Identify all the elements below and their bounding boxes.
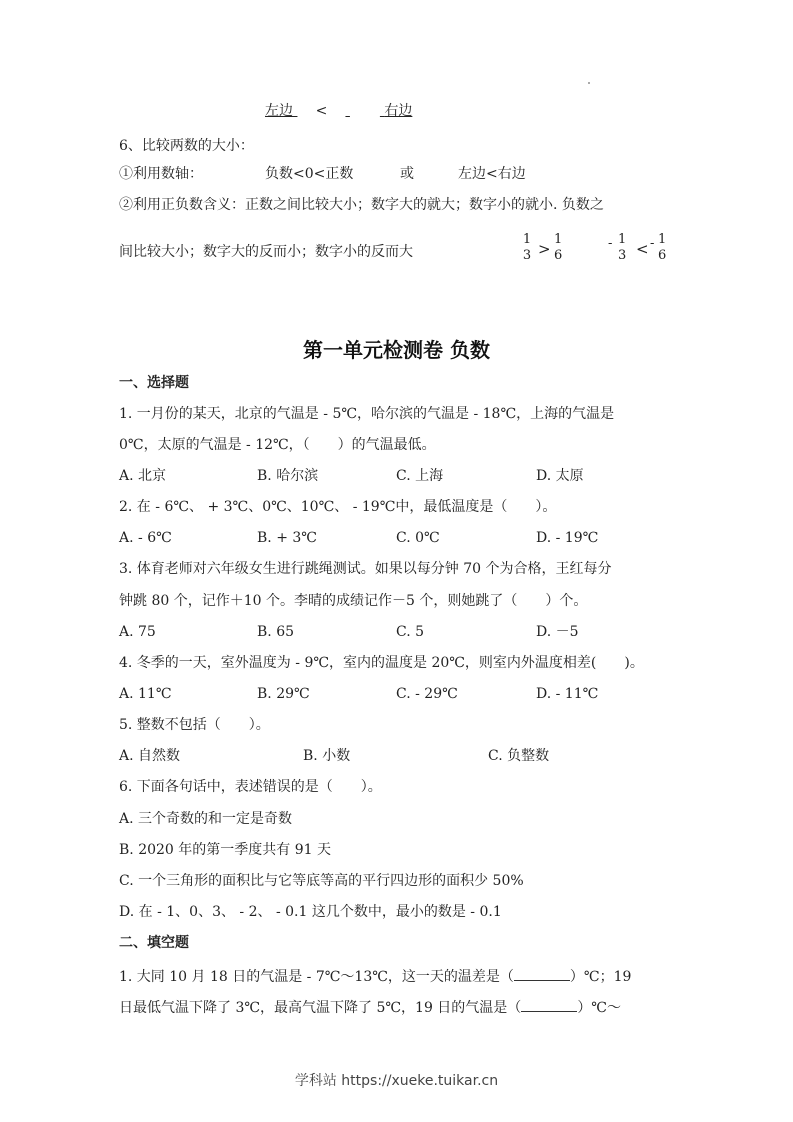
fill-q1-text-c: 日最低气温下降了 3℃，最高气温下降了 5℃，19 日的气温是（ [119,1000,521,1016]
q1-line1: 1. 一月份的某天，北京的气温是 - 5℃，哈尔滨的气温是 - 18℃，上海的气… [119,405,614,423]
numerator: 1 [523,232,531,248]
fill-q1-text-d: ）℃～ [577,1000,621,1016]
q4-option-d[interactable]: D. - 11℃ [536,685,598,703]
q3-option-b[interactable]: B. 65 [257,623,294,641]
numerator: 1 [554,232,562,248]
fraction-neg-one-sixth: 1 6 [658,232,666,264]
compare-line: 左边 < 右边 [265,102,412,120]
q3-option-a[interactable]: A. 75 [119,623,156,641]
less-than-symbol: < [636,240,649,258]
q5-line1: 5. 整数不包括（ ）。 [119,716,270,734]
scan-artifact [588,82,590,84]
fill-q1-text-a: 1. 大同 10 月 18 日的气温是 - 7℃～13℃，这一天的温差是（ [119,969,514,985]
q3-option-c[interactable]: C. 5 [396,623,424,641]
numerator: 1 [618,232,626,248]
fill-q1-line1: 1. 大同 10 月 18 日的气温是 - 7℃～13℃，这一天的温差是（）℃；… [119,966,631,986]
q4-option-a[interactable]: A. 11℃ [119,685,172,703]
denominator: 3 [618,248,626,264]
q6-option-c[interactable]: C. 一个三角形的面积比与它等底等高的平行四边形的面积少 50% [119,872,524,890]
q1-option-b[interactable]: B. 哈尔滨 [257,467,318,485]
numerator: 1 [658,232,666,248]
q3-line1: 3. 体育老师对六年级女生进行跳绳测试。如果以每分钟 70 个为合格，王红每分 [119,560,612,578]
fill-q1-line2: 日最低气温下降了 3℃，最高气温下降了 5℃，19 日的气温是（）℃～ [119,997,621,1017]
q1-option-a[interactable]: A. 北京 [119,467,166,485]
left-label: 左边 [265,103,293,119]
method1-or: 或 [400,165,414,183]
answer-blank-2[interactable] [521,997,577,1012]
q2-line1: 2. 在 - 6℃、 + 3℃、0℃、10℃、 - 19℃中，最低温度是（ ）。 [119,498,556,516]
q6-option-b[interactable]: B. 2020 年的第一季度共有 91 天 [119,841,331,859]
method2-line1: ②利用正负数含义：正数之间比较大小；数字大的就大；数字小的就小. 负数之 [119,196,604,214]
q2-option-b[interactable]: B. + 3℃ [257,529,317,547]
denominator: 6 [658,248,666,264]
right-label: 右边 [384,103,412,119]
q2-option-a[interactable]: A. - 6℃ [119,529,172,547]
q4-option-b[interactable]: B. 29℃ [257,685,310,703]
page-title: 第一单元检测卷 负数 [0,334,793,363]
denominator: 6 [554,248,562,264]
q3-line2: 钟跳 80 个，记作＋10 个。李晴的成绩记作－5 个，则她跳了（ ）个。 [119,592,587,610]
q1-option-d[interactable]: D. 太原 [536,467,584,485]
section1-heading: 一、选择题 [119,374,189,392]
fill-q1-text-b: ）℃；19 [570,969,631,985]
answer-blank-1[interactable] [514,966,570,981]
q6-option-d[interactable]: D. 在 - 1、0、3、 - 2、 - 0.1 这几个数中，最小的数是 - 0… [119,903,502,921]
item6-heading: 6、比较两数的大小： [119,137,254,155]
fraction-one-third: 1 3 [522,232,532,264]
q2-option-c[interactable]: C. 0℃ [396,529,440,547]
q6-line1: 6. 下面各句话中，表述错误的是（ ）。 [119,778,382,796]
fraction-one-sixth: 1 6 [554,232,562,264]
q1-option-c[interactable]: C. 上海 [396,467,443,485]
denominator: 3 [523,248,531,264]
q3-option-d[interactable]: D. －5 [536,623,579,641]
q4-line1: 4. 冬季的一天，室外温度为 - 9℃，室内的温度是 20℃，则室内外温度相差(… [119,654,644,672]
method1-rule: 负数<0<正数 [265,165,353,183]
method2-line2: 间比较大小；数字大的反而小；数字小的反而大 [119,243,413,261]
section2-heading: 二、填空题 [119,934,189,952]
method1-label: ①利用数轴： [119,166,203,182]
q6-option-a[interactable]: A. 三个奇数的和一定是奇数 [119,810,292,828]
method1-line: ①利用数轴： [119,165,203,183]
q2-option-d[interactable]: D. - 19℃ [536,529,598,547]
greater-than-symbol: > [538,240,551,258]
q5-option-b[interactable]: B. 小数 [303,747,350,765]
minus-sign: - [650,236,654,251]
fraction-neg-one-third: 1 3 [618,232,626,264]
footer-watermark: 学科站 https://xueke.tuikar.cn [0,1070,793,1090]
method1-rule2: 左边<右边 [458,165,526,183]
q1-line2: 0℃，太原的气温是 - 12℃，（ ）的气温最低。 [119,436,436,454]
q5-option-a[interactable]: A. 自然数 [119,747,180,765]
q4-option-c[interactable]: C. - 29℃ [396,685,458,703]
q5-option-c[interactable]: C. 负整数 [488,747,549,765]
less-than-symbol: < [297,102,345,120]
minus-sign: - [608,236,612,251]
